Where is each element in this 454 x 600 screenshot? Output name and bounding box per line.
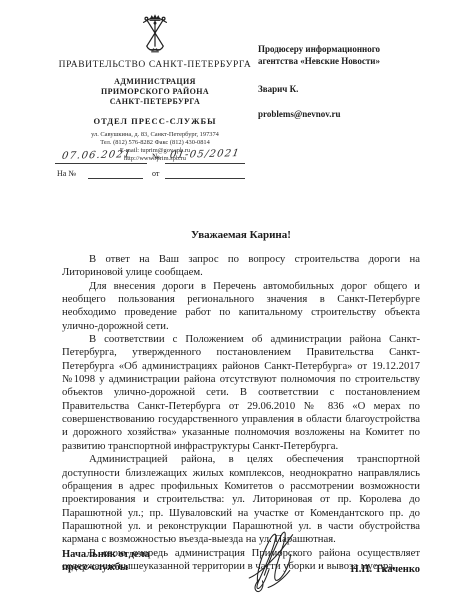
address-line: ул. Савушкина, д. 83, Санкт-Петербург, 1… (38, 131, 272, 139)
number-handwritten: 01-05/2021 (169, 148, 241, 161)
body-paragraph: Для внесения дороги в Перечень автомобил… (62, 280, 420, 333)
recipient-block: Продюсеру информационного агентства «Нев… (258, 44, 436, 120)
letter-body: Уважаемая Карина! В ответ на Ваш запрос … (62, 229, 420, 573)
reply-number-label: На № (57, 169, 76, 178)
body-paragraph: В ответ на Ваш запрос по вопросу строите… (62, 253, 420, 280)
organization-name: АДМИНИСТРАЦИЯ ПРИМОРСКОГО РАЙОНА САНКТ-П… (38, 77, 272, 107)
letterhead-block: ПРАВИТЕЛЬСТВО САНКТ-ПЕТЕРБУРГА АДМИНИСТР… (38, 13, 272, 163)
signature-icon (237, 528, 303, 596)
coat-of-arms-icon (137, 13, 173, 53)
government-title: ПРАВИТЕЛЬСТВО САНКТ-ПЕТЕРБУРГА (38, 60, 272, 70)
signer-name: Н.П. Ткаченко (351, 564, 420, 575)
org-name-line3: САНКТ-ПЕТЕРБУРГА (38, 97, 272, 107)
recipient-line1: Продюсеру информационного (258, 44, 436, 56)
letter-document: ПРАВИТЕЛЬСТВО САНКТ-ПЕТЕРБУРГА АДМИНИСТР… (0, 0, 454, 600)
body-paragraph: В соответствии с Положением об администр… (62, 333, 420, 453)
recipient-name: Зварич К. (258, 84, 436, 96)
date-underline (55, 163, 147, 164)
salutation: Уважаемая Карина! (62, 229, 420, 241)
org-name-line1: АДМИНИСТРАЦИЯ (38, 77, 272, 87)
recipient-email: problems@nevnov.ru (258, 109, 436, 121)
date-handwritten: 07.06.2021 (61, 149, 132, 162)
from-date-underline (165, 178, 245, 179)
number-sign-label: № (152, 152, 160, 161)
signature-block: Начальник отдела пресс-службы Н.П. Ткаче… (62, 548, 420, 574)
recipient-line2: агентства «Невские Новости» (258, 56, 436, 68)
org-name-line2: ПРИМОРСКОГО РАЙОНА (38, 87, 272, 97)
from-label: от (152, 169, 159, 178)
department-title: ОТДЕЛ ПРЕСС-СЛУЖБЫ (38, 116, 272, 126)
number-underline (165, 163, 245, 164)
phone-fax-line: Тел. (812) 576-8282 Факс (812) 430-0814 (38, 139, 272, 147)
reply-number-underline (88, 178, 143, 179)
